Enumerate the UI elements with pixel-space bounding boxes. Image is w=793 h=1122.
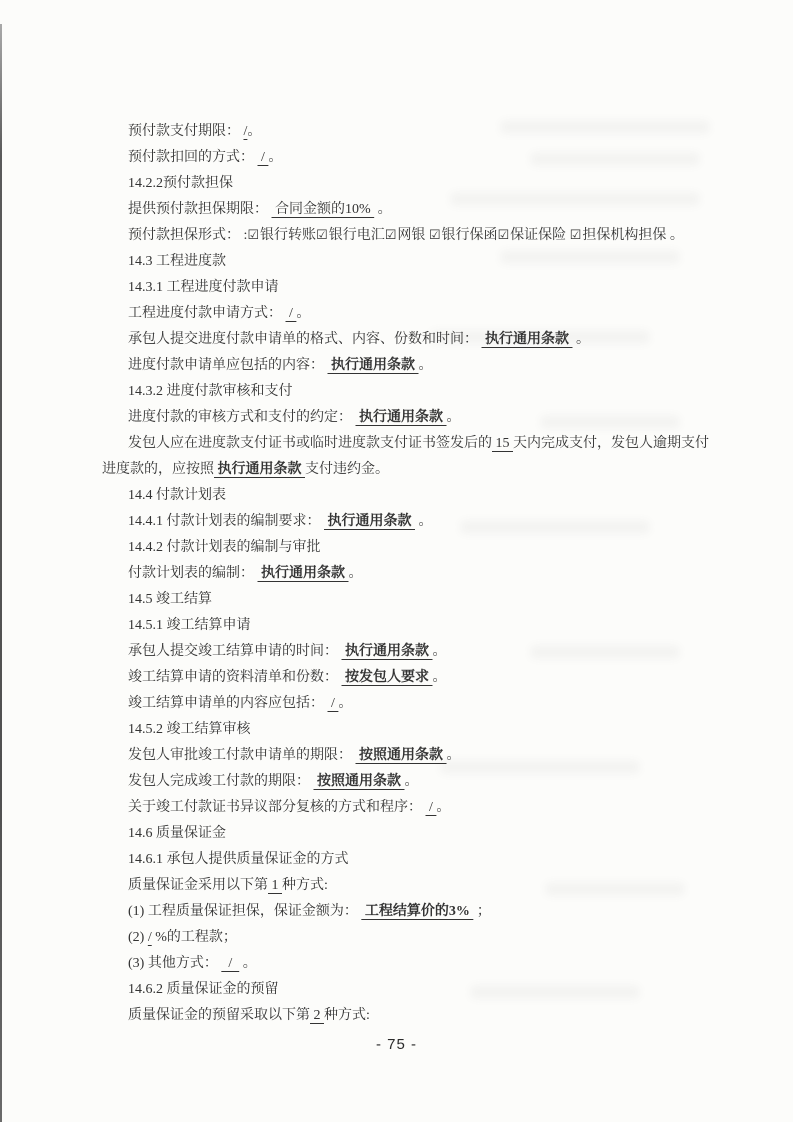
fill-in-value: 执行通用条款	[356, 410, 447, 425]
text-segment: 承包人提交竣工结算申请的时间：	[128, 644, 342, 659]
text-segment: 。	[573, 332, 591, 347]
text-segment: 14.3 工程进度款	[128, 254, 226, 269]
text-segment: 种方式:	[324, 1008, 370, 1023]
checkbox-checked-icon: ☑	[570, 228, 582, 243]
checkbox-label: 银行保函	[442, 228, 498, 243]
doc-line: 预付款担保形式： :☑银行转账☑银行电汇☑网银 ☑银行保函☑保证保险 ☑担保机构…	[102, 223, 702, 249]
fill-in-value: 执行通用条款	[258, 566, 349, 581]
fill-in-value: 按发包人要求	[342, 670, 433, 685]
fill-in-value: 执行通用条款	[482, 332, 573, 347]
checkbox-checked-icon: ☑	[316, 228, 328, 243]
fill-in-value: 合同金额的10%	[272, 202, 375, 217]
text-segment: 。	[296, 306, 310, 321]
text-segment: 。	[415, 514, 433, 529]
checkbox-label: 银行电汇	[329, 228, 385, 243]
text-segment: 进度付款申请单应包括的内容：	[128, 358, 328, 373]
doc-line: 进度付款申请单应包括的内容： 执行通用条款 。	[102, 353, 702, 379]
text-segment: 。	[447, 748, 461, 763]
doc-line: 质量保证金的预留采取以下第 2 种方式:	[102, 1003, 702, 1029]
fill-in-value: /	[426, 800, 437, 815]
doc-line: 14.4.2 付款计划表的编制与审批	[102, 535, 702, 561]
text-segment: 提供预付款担保期限：	[128, 202, 272, 217]
doc-line: 14.6.2 质量保证金的预留	[102, 977, 702, 1003]
text-segment: 承包人提交进度付款申请单的格式、内容、份数和时间：	[128, 332, 482, 347]
text-segment: 。	[433, 670, 447, 685]
text-segment: 14.6.1 承包人提供质量保证金的方式	[128, 852, 349, 867]
doc-line: (2) / %的工程款；	[102, 925, 702, 951]
checkbox-option: ☑银行保函	[429, 228, 498, 243]
text-segment: %的工程款；	[152, 930, 237, 945]
doc-line: 14.4 付款计划表	[102, 483, 702, 509]
text-segment: 竣工结算申请的资料清单和份数：	[128, 670, 342, 685]
fill-in-value: 执行通用条款	[342, 644, 433, 659]
text-segment: 付款计划表的编制：	[128, 566, 258, 581]
checkbox-label: 担保机构担保	[582, 228, 666, 243]
text-segment: ；	[473, 904, 491, 919]
text-segment: 。	[666, 228, 684, 243]
checkbox-checked-icon: ☑	[429, 228, 441, 243]
checkbox-label: 保证保险	[510, 228, 566, 243]
scanned-contract-page: 预付款支付期限： /。预付款扣回的方式： / 。14.2.2预付款担保提供预付款…	[0, 0, 793, 1122]
checkbox-checked-icon: ☑	[385, 228, 397, 243]
text-segment: 预付款扣回的方式：	[128, 150, 258, 165]
doc-line: 14.3 工程进度款	[102, 249, 702, 275]
scan-edge-artifact	[0, 24, 2, 1122]
text-segment: (1) 工程质量保证担保，保证金额为：	[128, 904, 361, 919]
checkbox-option: ☑银行转账	[247, 228, 316, 243]
doc-line: 14.5 竣工结算	[102, 587, 702, 613]
text-segment: 。	[239, 956, 257, 971]
doc-line: 14.5.1 竣工结算申请	[102, 613, 702, 639]
doc-line: 14.3.1 工程进度付款申请	[102, 275, 702, 301]
doc-line: 进度付款的审核方式和支付的约定： 执行通用条款 。	[102, 405, 702, 431]
checkbox-option: ☑银行电汇	[316, 228, 385, 243]
doc-line: 14.6.1 承包人提供质量保证金的方式	[102, 847, 702, 873]
text-segment: 。	[268, 150, 282, 165]
doc-line: 14.6 质量保证金	[102, 821, 702, 847]
text-segment: 14.6.2 质量保证金的预留	[128, 982, 279, 997]
text-segment: 预付款支付期限：	[128, 124, 244, 139]
doc-line: 工程进度付款申请方式： / 。	[102, 301, 702, 327]
checkbox-label: 网银	[397, 228, 425, 243]
fill-in-value: /	[258, 150, 269, 165]
fill-in-value: 1	[268, 878, 282, 893]
fill-in-value: 2	[310, 1008, 324, 1023]
text-segment: 。	[405, 774, 419, 789]
checkbox-checked-icon: ☑	[247, 228, 259, 243]
checkbox-option: ☑保证保险	[498, 228, 567, 243]
text-segment: 发包人审批竣工付款申请单的期限：	[128, 748, 356, 763]
text-segment: 14.6 质量保证金	[128, 826, 226, 841]
text-segment: 。	[247, 124, 261, 139]
text-segment: 14.3.2 进度付款审核和支付	[128, 384, 293, 399]
fill-in-value: 按照通用条款	[314, 774, 405, 789]
text-segment: 。	[338, 696, 352, 711]
doc-line: 预付款扣回的方式： / 。	[102, 145, 702, 171]
text-segment: 预付款担保形式： :	[128, 228, 247, 243]
text-segment: 关于竣工付款证书异议部分复核的方式和程序：	[128, 800, 426, 815]
fill-in-value: /	[286, 306, 297, 321]
text-segment: 14.4 付款计划表	[128, 488, 226, 503]
fill-in-value: 15	[492, 436, 513, 451]
checkbox-option: ☑担保机构担保	[570, 228, 667, 243]
text-segment: 竣工结算申请单的内容应包括：	[128, 696, 328, 711]
text-segment: 14.3.1 工程进度付款申请	[128, 280, 279, 295]
fill-in-value: 执行通用条款	[324, 514, 415, 529]
text-segment: 14.4.2 付款计划表的编制与审批	[128, 540, 321, 555]
text-segment: 。	[374, 202, 392, 217]
doc-line: 14.3.2 进度付款审核和支付	[102, 379, 702, 405]
doc-line: 进度款的，应按照 执行通用条款 支付违约金。	[102, 457, 702, 483]
fill-in-value: /	[328, 696, 339, 711]
text-segment: 天内完成支付，发包人逾期支付	[513, 436, 709, 451]
doc-line: 提供预付款担保期限： 合同金额的10% 。	[102, 197, 702, 223]
text-segment: 发包人完成竣工付款的期限：	[128, 774, 314, 789]
fill-in-value: /	[221, 956, 239, 971]
fill-in-value: 工程结算价的3%	[361, 904, 473, 919]
text-segment: 14.4.1 付款计划表的编制要求：	[128, 514, 324, 529]
doc-line: 竣工结算申请单的内容应包括： / 。	[102, 691, 702, 717]
text-segment: 。	[447, 410, 461, 425]
text-segment: 工程进度付款申请方式：	[128, 306, 286, 321]
doc-line: 预付款支付期限： /。	[102, 119, 702, 145]
text-segment: 14.5 竣工结算	[128, 592, 212, 607]
text-segment: 质量保证金的预留采取以下第	[128, 1008, 310, 1023]
doc-line: 发包人审批竣工付款申请单的期限： 按照通用条款 。	[102, 743, 702, 769]
doc-line: 14.2.2预付款担保	[102, 171, 702, 197]
page-number: - 75 -	[0, 1032, 793, 1058]
doc-line: 发包人应在进度款支付证书或临时进度款支付证书签发后的 15 天内完成支付，发包人…	[102, 431, 702, 457]
text-segment: 支付违约金。	[305, 462, 389, 477]
checkbox-option: ☑网银	[385, 228, 426, 243]
doc-line: 竣工结算申请的资料清单和份数： 按发包人要求 。	[102, 665, 702, 691]
doc-line: 承包人提交竣工结算申请的时间： 执行通用条款 。	[102, 639, 702, 665]
checkbox-label: 银行转账	[260, 228, 316, 243]
text-segment: 。	[433, 644, 447, 659]
fill-in-value: 执行通用条款	[214, 462, 305, 477]
text-segment: 种方式:	[282, 878, 328, 893]
doc-line: 质量保证金采用以下第 1 种方式:	[102, 873, 702, 899]
text-segment: 14.5.2 竣工结算审核	[128, 722, 251, 737]
fill-in-value: 执行通用条款	[328, 358, 419, 373]
doc-line: 关于竣工付款证书异议部分复核的方式和程序： / 。	[102, 795, 702, 821]
text-segment: 发包人应在进度款支付证书或临时进度款支付证书签发后的	[128, 436, 492, 451]
text-segment: 质量保证金采用以下第	[128, 878, 268, 893]
doc-line: 14.4.1 付款计划表的编制要求： 执行通用条款 。	[102, 509, 702, 535]
text-segment: (2)	[128, 930, 148, 945]
text-segment: 。	[349, 566, 363, 581]
doc-line: 14.5.2 竣工结算审核	[102, 717, 702, 743]
doc-line: (3) 其他方式： / 。	[102, 951, 702, 977]
document-body: 预付款支付期限： /。预付款扣回的方式： / 。14.2.2预付款担保提供预付款…	[102, 119, 702, 1029]
text-segment: (3) 其他方式：	[128, 956, 221, 971]
text-segment: 14.2.2预付款担保	[128, 176, 233, 191]
text-segment: 进度款的，应按照	[102, 462, 214, 477]
checkbox-checked-icon: ☑	[498, 228, 510, 243]
text-segment: 14.5.1 竣工结算申请	[128, 618, 251, 633]
doc-line: (1) 工程质量保证担保，保证金额为： 工程结算价的3% ；	[102, 899, 702, 925]
text-segment: 进度付款的审核方式和支付的约定：	[128, 410, 356, 425]
fill-in-value: 按照通用条款	[356, 748, 447, 763]
doc-line: 承包人提交进度付款申请单的格式、内容、份数和时间： 执行通用条款 。	[102, 327, 702, 353]
text-segment: 。	[419, 358, 433, 373]
doc-line: 发包人完成竣工付款的期限： 按照通用条款 。	[102, 769, 702, 795]
text-segment: 。	[436, 800, 450, 815]
doc-line: 付款计划表的编制： 执行通用条款 。	[102, 561, 702, 587]
